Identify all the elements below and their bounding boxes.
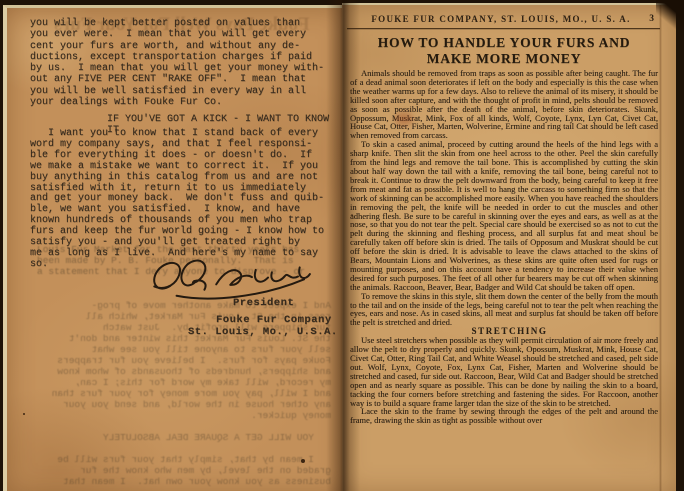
letter-paragraph-1: you will be kept better posted on values… [30,18,324,108]
ink-speck [351,214,353,216]
body-paragraph-3: To remove the skins in this style, slit … [350,292,658,328]
body-paragraph-1: Animals should be removed from traps as … [350,69,658,140]
company-name: Fouke Fur Company [216,314,332,326]
ink-speck [301,459,305,463]
body-paragraph-4: Use steel stretchers when possible as th… [350,336,658,407]
right-page: FOUKE FUR COMPANY, ST. LOUIS, MO., U. S.… [342,3,676,491]
company-location: St. Louis, Mo., U.S.A. [188,326,338,338]
ink-speck [23,413,25,415]
signer-title: President [233,297,294,309]
body-paragraph-5: Lace the skin to the frame by sewing thr… [350,407,658,425]
running-header: FOUKE FUR COMPANY, ST. LOUIS, MO., U. S.… [342,14,660,24]
left-page: Fouke Pays Well For Your Furs Louis Fur … [3,5,346,491]
article-title: HOW TO HANDLE YOUR FURS AND MAKE MORE MO… [342,35,666,66]
corner-shadow [656,0,684,36]
ink-stain [395,112,413,126]
page-number: 3 [649,14,654,24]
header-rule [347,28,660,29]
body-paragraph-2: To skin a cased animal, proceed by cutti… [350,140,658,291]
letter-paragraph-2: I want you to know that I stand back of … [30,129,324,271]
book-spread-photo: Fouke Pays Well For Your Furs Louis Fur … [0,0,684,491]
